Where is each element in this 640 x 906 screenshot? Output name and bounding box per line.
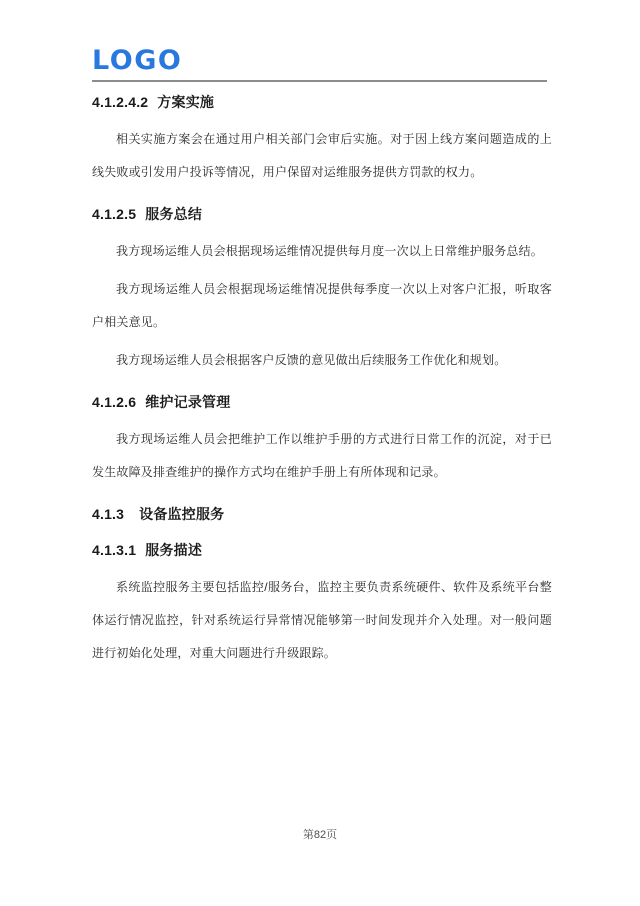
body-paragraph: 我方现场运维人员会根据现场运维情况提供每月度一次以上日常维护服务总结。	[92, 235, 552, 268]
heading-title: 服务总结	[145, 206, 202, 222]
heading-title: 服务描述	[145, 542, 202, 558]
heading-number: 4.1.3	[92, 506, 124, 522]
page-footer: 第82页	[0, 826, 640, 842]
page-number: 第82页	[303, 829, 337, 841]
heading-number: 4.1.2.6	[92, 394, 136, 410]
section-heading: 4.1.3设备监控服务	[92, 494, 552, 530]
heading-title: 维护记录管理	[145, 394, 230, 410]
body-paragraph: 系统监控服务主要包括监控/服务台，监控主要负责系统硬件、软件及系统平台整体运行情…	[92, 571, 552, 670]
body-paragraph: 我方现场运维人员会根据现场运维情况提供每季度一次以上对客户汇报，听取客户相关意见…	[92, 273, 552, 339]
page-header: LOGO	[0, 0, 640, 82]
company-logo: LOGO	[92, 46, 182, 76]
section-heading: 4.1.2.6维护记录管理	[92, 382, 552, 418]
body-paragraph: 我方现场运维人员会把维护工作以维护手册的方式进行日常工作的沉淀，对于已发生故障及…	[92, 423, 552, 489]
document-page: LOGO 4.1.2.4.2方案实施相关实施方案会在通过用户相关部门会审后实施。…	[0, 0, 640, 906]
body-paragraph: 相关实施方案会在通过用户相关部门会审后实施。对于因上线方案问题造成的上线失败或引…	[92, 123, 552, 189]
heading-title: 设备监控服务	[139, 506, 224, 522]
heading-number: 4.1.3.1	[92, 542, 136, 558]
heading-number: 4.1.2.5	[92, 206, 136, 222]
section-heading: 4.1.2.5服务总结	[92, 194, 552, 230]
section-heading: 4.1.3.1服务描述	[92, 530, 552, 566]
section-heading: 4.1.2.4.2方案实施	[92, 82, 552, 118]
heading-title: 方案实施	[157, 94, 214, 110]
document-body: 4.1.2.4.2方案实施相关实施方案会在通过用户相关部门会审后实施。对于因上线…	[92, 82, 552, 670]
body-paragraph: 我方现场运维人员会根据客户反馈的意见做出后续服务工作优化和规划。	[92, 344, 552, 377]
heading-number: 4.1.2.4.2	[92, 94, 148, 110]
